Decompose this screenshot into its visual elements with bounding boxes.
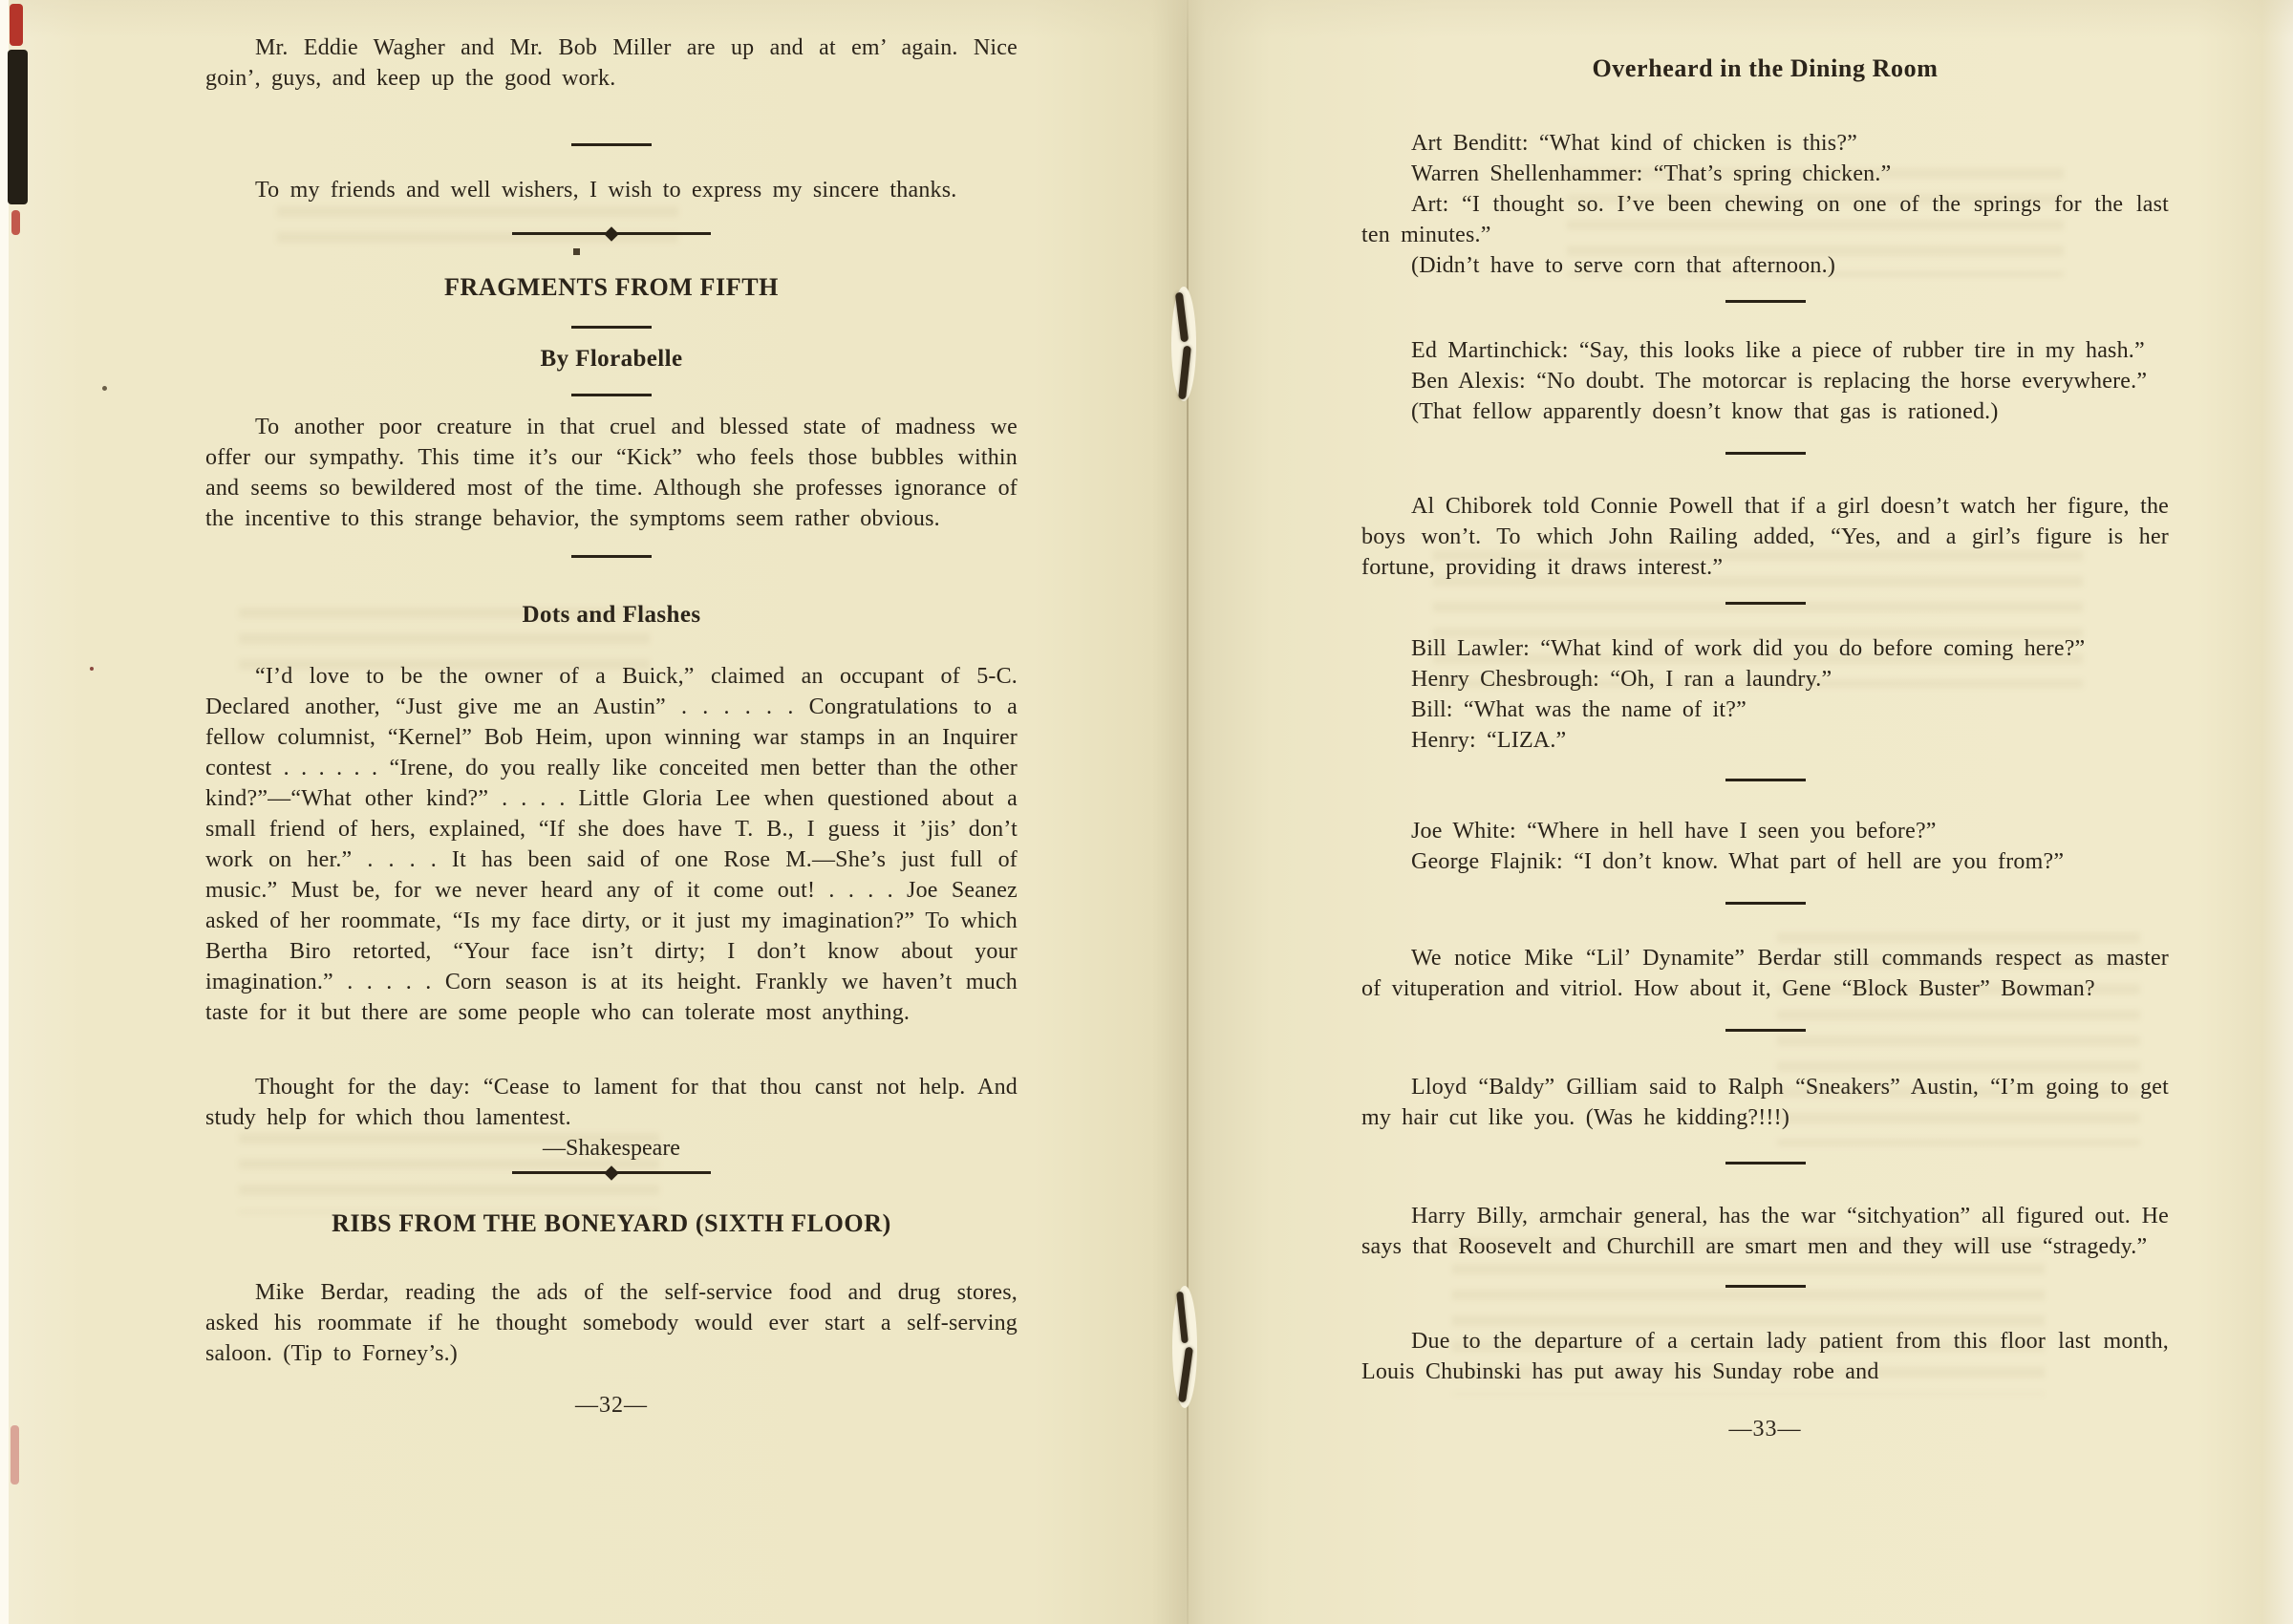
dialogue-line: Henry Chesbrough: “Oh, I ran a laundry.” — [1361, 664, 2169, 694]
divider-rule — [571, 394, 652, 396]
paragraph-wagher: Mr. Eddie Wagher and Mr. Bob Miller are … — [205, 32, 1018, 94]
divider-rule — [571, 143, 652, 146]
scan-edge-strip — [0, 0, 9, 1624]
ink-speck — [90, 667, 94, 671]
divider-rule — [571, 326, 652, 329]
dialogue-aside: (That fellow apparently doesn’t know tha… — [1361, 396, 2169, 427]
decorative-divider — [512, 232, 711, 235]
red-mark — [11, 1425, 19, 1485]
section-heading-fragments: FRAGMENTS FROM FIFTH — [205, 272, 1018, 303]
paragraph-ribs: Mike Berdar, reading the ads of the self… — [205, 1277, 1018, 1369]
page-title-dining-room: Overheard in the Dining Room — [1361, 53, 2169, 84]
red-mark — [10, 4, 23, 46]
page-right: Overheard in the Dining Room Art Benditt… — [1361, 0, 2169, 1624]
divider-rule — [1725, 1029, 1806, 1032]
divider-rule — [1725, 902, 1806, 905]
ink-speck — [102, 386, 107, 391]
scan-edge-dark-bar — [8, 50, 28, 204]
paragraph-fragments: To another poor creature in that cruel a… — [205, 412, 1018, 534]
divider-rule — [1725, 300, 1806, 303]
paragraph-thanks: To my friends and well wishers, I wish t… — [205, 175, 1018, 205]
dialogue-line: Ben Alexis: “No doubt. The motorcar is r… — [1361, 366, 2169, 396]
ink-speck — [573, 248, 580, 255]
divider-rule — [1725, 452, 1806, 455]
dialogue-line: Art Benditt: “What kind of chicken is th… — [1361, 128, 2169, 159]
dialogue-line: Henry: “LIZA.” — [1361, 725, 2169, 756]
page-number-left: —32— — [205, 1390, 1018, 1421]
dialogue-line: George Flajnik: “I don’t know. What part… — [1361, 846, 2169, 877]
divider-rule — [1725, 602, 1806, 605]
dialogue-line: Bill Lawler: “What kind of work did you … — [1361, 633, 2169, 664]
paragraph-dots-and-flashes: “I’d love to be the owner of a Buick,” c… — [205, 661, 1018, 1028]
page-left: Mr. Eddie Wagher and Mr. Bob Miller are … — [205, 0, 1018, 1624]
dialogue-line: Harry Billy, armchair general, has the w… — [1361, 1201, 2169, 1262]
byline: By Florabelle — [205, 344, 1018, 374]
attribution-shakespeare: —Shakespeare — [205, 1133, 1018, 1164]
dialogue-line: We notice Mike “Lil’ Dynamite” Berdar st… — [1361, 943, 2169, 1004]
dialogue-line: Lloyd “Baldy” Gilliam said to Ralph “Sne… — [1361, 1072, 2169, 1133]
dialogue-line: Art: “I thought so. I’ve been chewing on… — [1361, 189, 2169, 250]
divider-rule — [1725, 1285, 1806, 1288]
divider-rule — [1725, 779, 1806, 781]
dialogue-line: Ed Martinchick: “Say, this looks like a … — [1361, 335, 2169, 366]
dialogue-line: Al Chiborek told Connie Powell that if a… — [1361, 491, 2169, 583]
paragraph-thought: Thought for the day: “Cease to lament fo… — [205, 1072, 1018, 1133]
page-number-right: —33— — [1361, 1414, 2169, 1444]
dialogue-line: Due to the departure of a certain lady p… — [1361, 1326, 2169, 1387]
dialogue-aside: (Didn’t have to serve corn that afternoo… — [1361, 250, 2169, 281]
dialogue-line: Joe White: “Where in hell have I seen yo… — [1361, 816, 2169, 846]
divider-rule — [571, 555, 652, 558]
section-heading-ribs: RIBS FROM THE BONEYARD (SIXTH FLOOR) — [205, 1208, 1018, 1239]
red-mark — [11, 210, 20, 235]
dialogue-line: Bill: “What was the name of it?” — [1361, 694, 2169, 725]
dialogue-line: Warren Shellenhammer: “That’s spring chi… — [1361, 159, 2169, 189]
subheading-dots-and-flashes: Dots and Flashes — [205, 600, 1018, 630]
decorative-divider — [512, 1171, 711, 1174]
book-scan: Mr. Eddie Wagher and Mr. Bob Miller are … — [0, 0, 2293, 1624]
divider-rule — [1725, 1162, 1806, 1165]
